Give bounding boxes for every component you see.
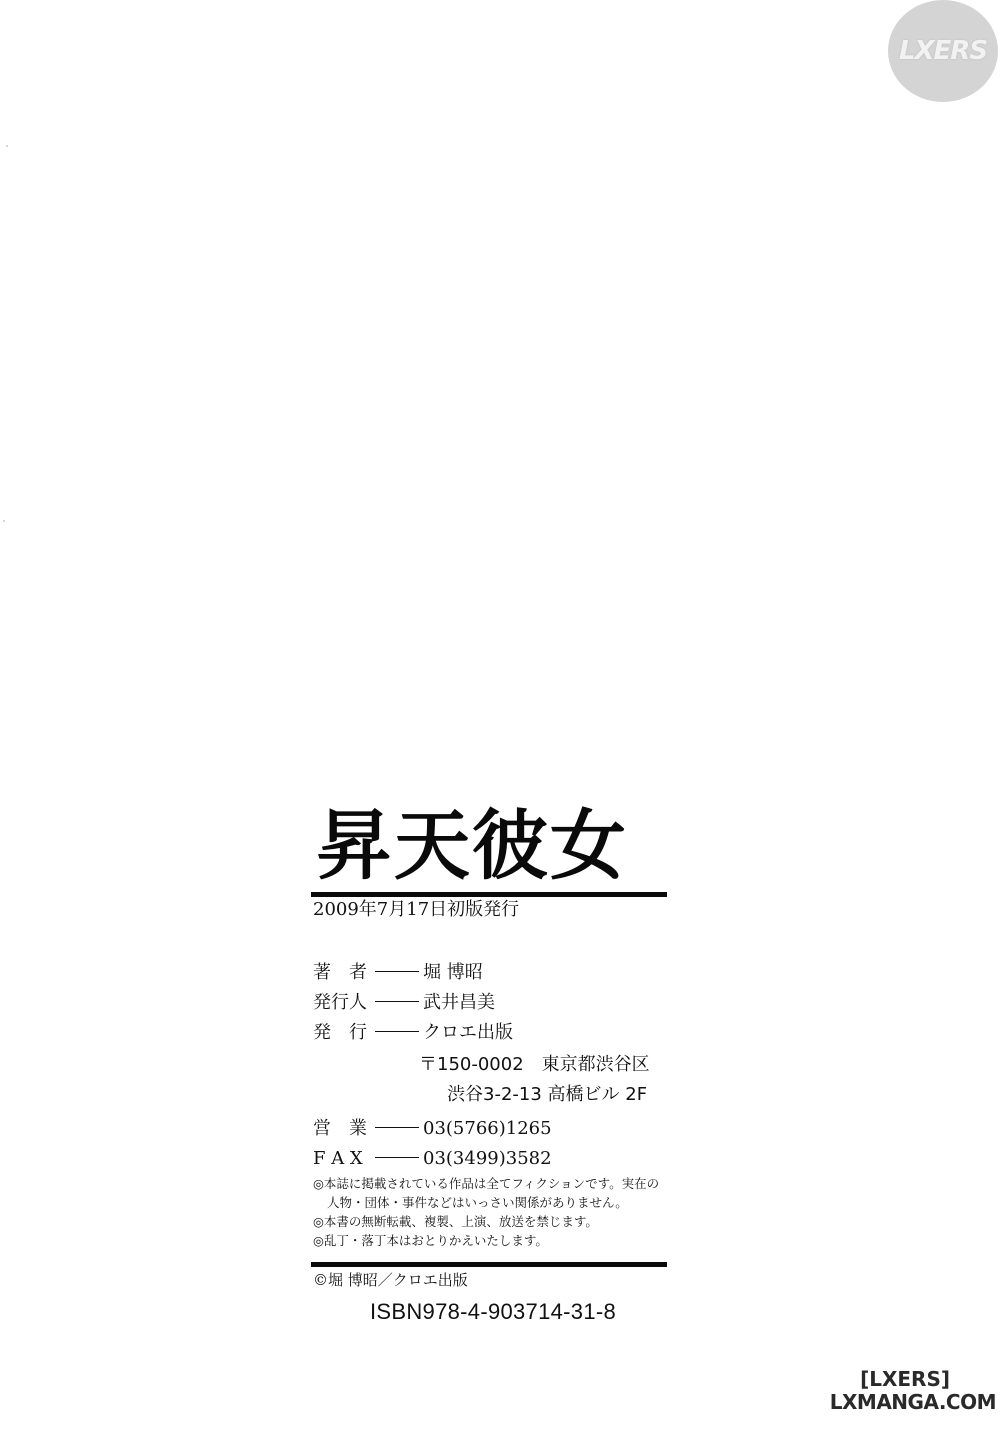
lxmanga-watermark: [LXERS] LXMANGA.COM [830,1368,996,1414]
title-divider [311,892,667,897]
phone-list: 営 業 03(5766)1265 F A X 03(3499)3582 [313,1114,552,1174]
notice-defects: ◎乱丁・落丁本はおとりかえいたします。 [313,1231,659,1250]
footer-divider [311,1262,667,1267]
legal-notices: ◎本誌に掲載されている作品は全てフィクションです。実在の 人物・団体・事件などは… [313,1174,659,1250]
address-line-2: 渋谷3-2-13 高橋ビル 2F [447,1084,647,1106]
credits-list: 著 者 堀 博昭 発行人 武井昌美 発 行 クロエ出版 [313,958,513,1048]
address-line-1: 〒150-0002 東京都渋谷区 [419,1054,650,1076]
credit-value: クロエ出版 [423,1018,513,1048]
phone-value: 03(5766)1265 [423,1114,552,1144]
book-title: 昇天彼女 [316,806,628,886]
credit-row-publisher: 発 行 クロエ出版 [313,1018,513,1048]
credit-value: 武井昌美 [423,988,495,1018]
credit-row-publisher-person: 発行人 武井昌美 [313,988,513,1018]
credit-row-author: 著 者 堀 博昭 [313,958,513,988]
dash-leader [375,1127,419,1128]
phone-label: F A X [313,1144,375,1174]
credit-label: 発行人 [313,988,375,1018]
dash-leader [375,1001,419,1002]
first-edition-date: 2009年7月17日初版発行 [313,899,519,921]
watermark-line-1: [LXERS] [830,1368,950,1390]
lxers-logo-text: LXERS [899,36,987,66]
scan-speck [3,520,5,522]
notice-fiction-cont: 人物・団体・事件などはいっさい関係がありません。 [313,1193,659,1212]
scan-speck [6,145,8,147]
dash-leader [375,971,419,972]
credit-label: 著 者 [313,958,375,988]
dash-leader [375,1157,419,1158]
phone-value: 03(3499)3582 [423,1144,552,1174]
credit-label: 発 行 [313,1018,375,1048]
phone-row-sales: 営 業 03(5766)1265 [313,1114,552,1144]
notice-fiction: ◎本誌に掲載されている作品は全てフィクションです。実在の [313,1174,659,1193]
isbn: ISBN978-4-903714-31-8 [370,1299,616,1325]
credit-value: 堀 博昭 [423,958,483,988]
lxers-circle-logo: LXERS [888,0,998,102]
phone-row-fax: F A X 03(3499)3582 [313,1144,552,1174]
phone-label: 営 業 [313,1114,375,1144]
watermark-line-2: LXMANGA.COM [830,1390,996,1414]
copyright-line: ©堀 博昭／クロエ出版 [313,1270,468,1290]
notice-reproduction: ◎本書の無断転載、複製、上演、放送を禁じます。 [313,1212,659,1231]
dash-leader [375,1031,419,1032]
